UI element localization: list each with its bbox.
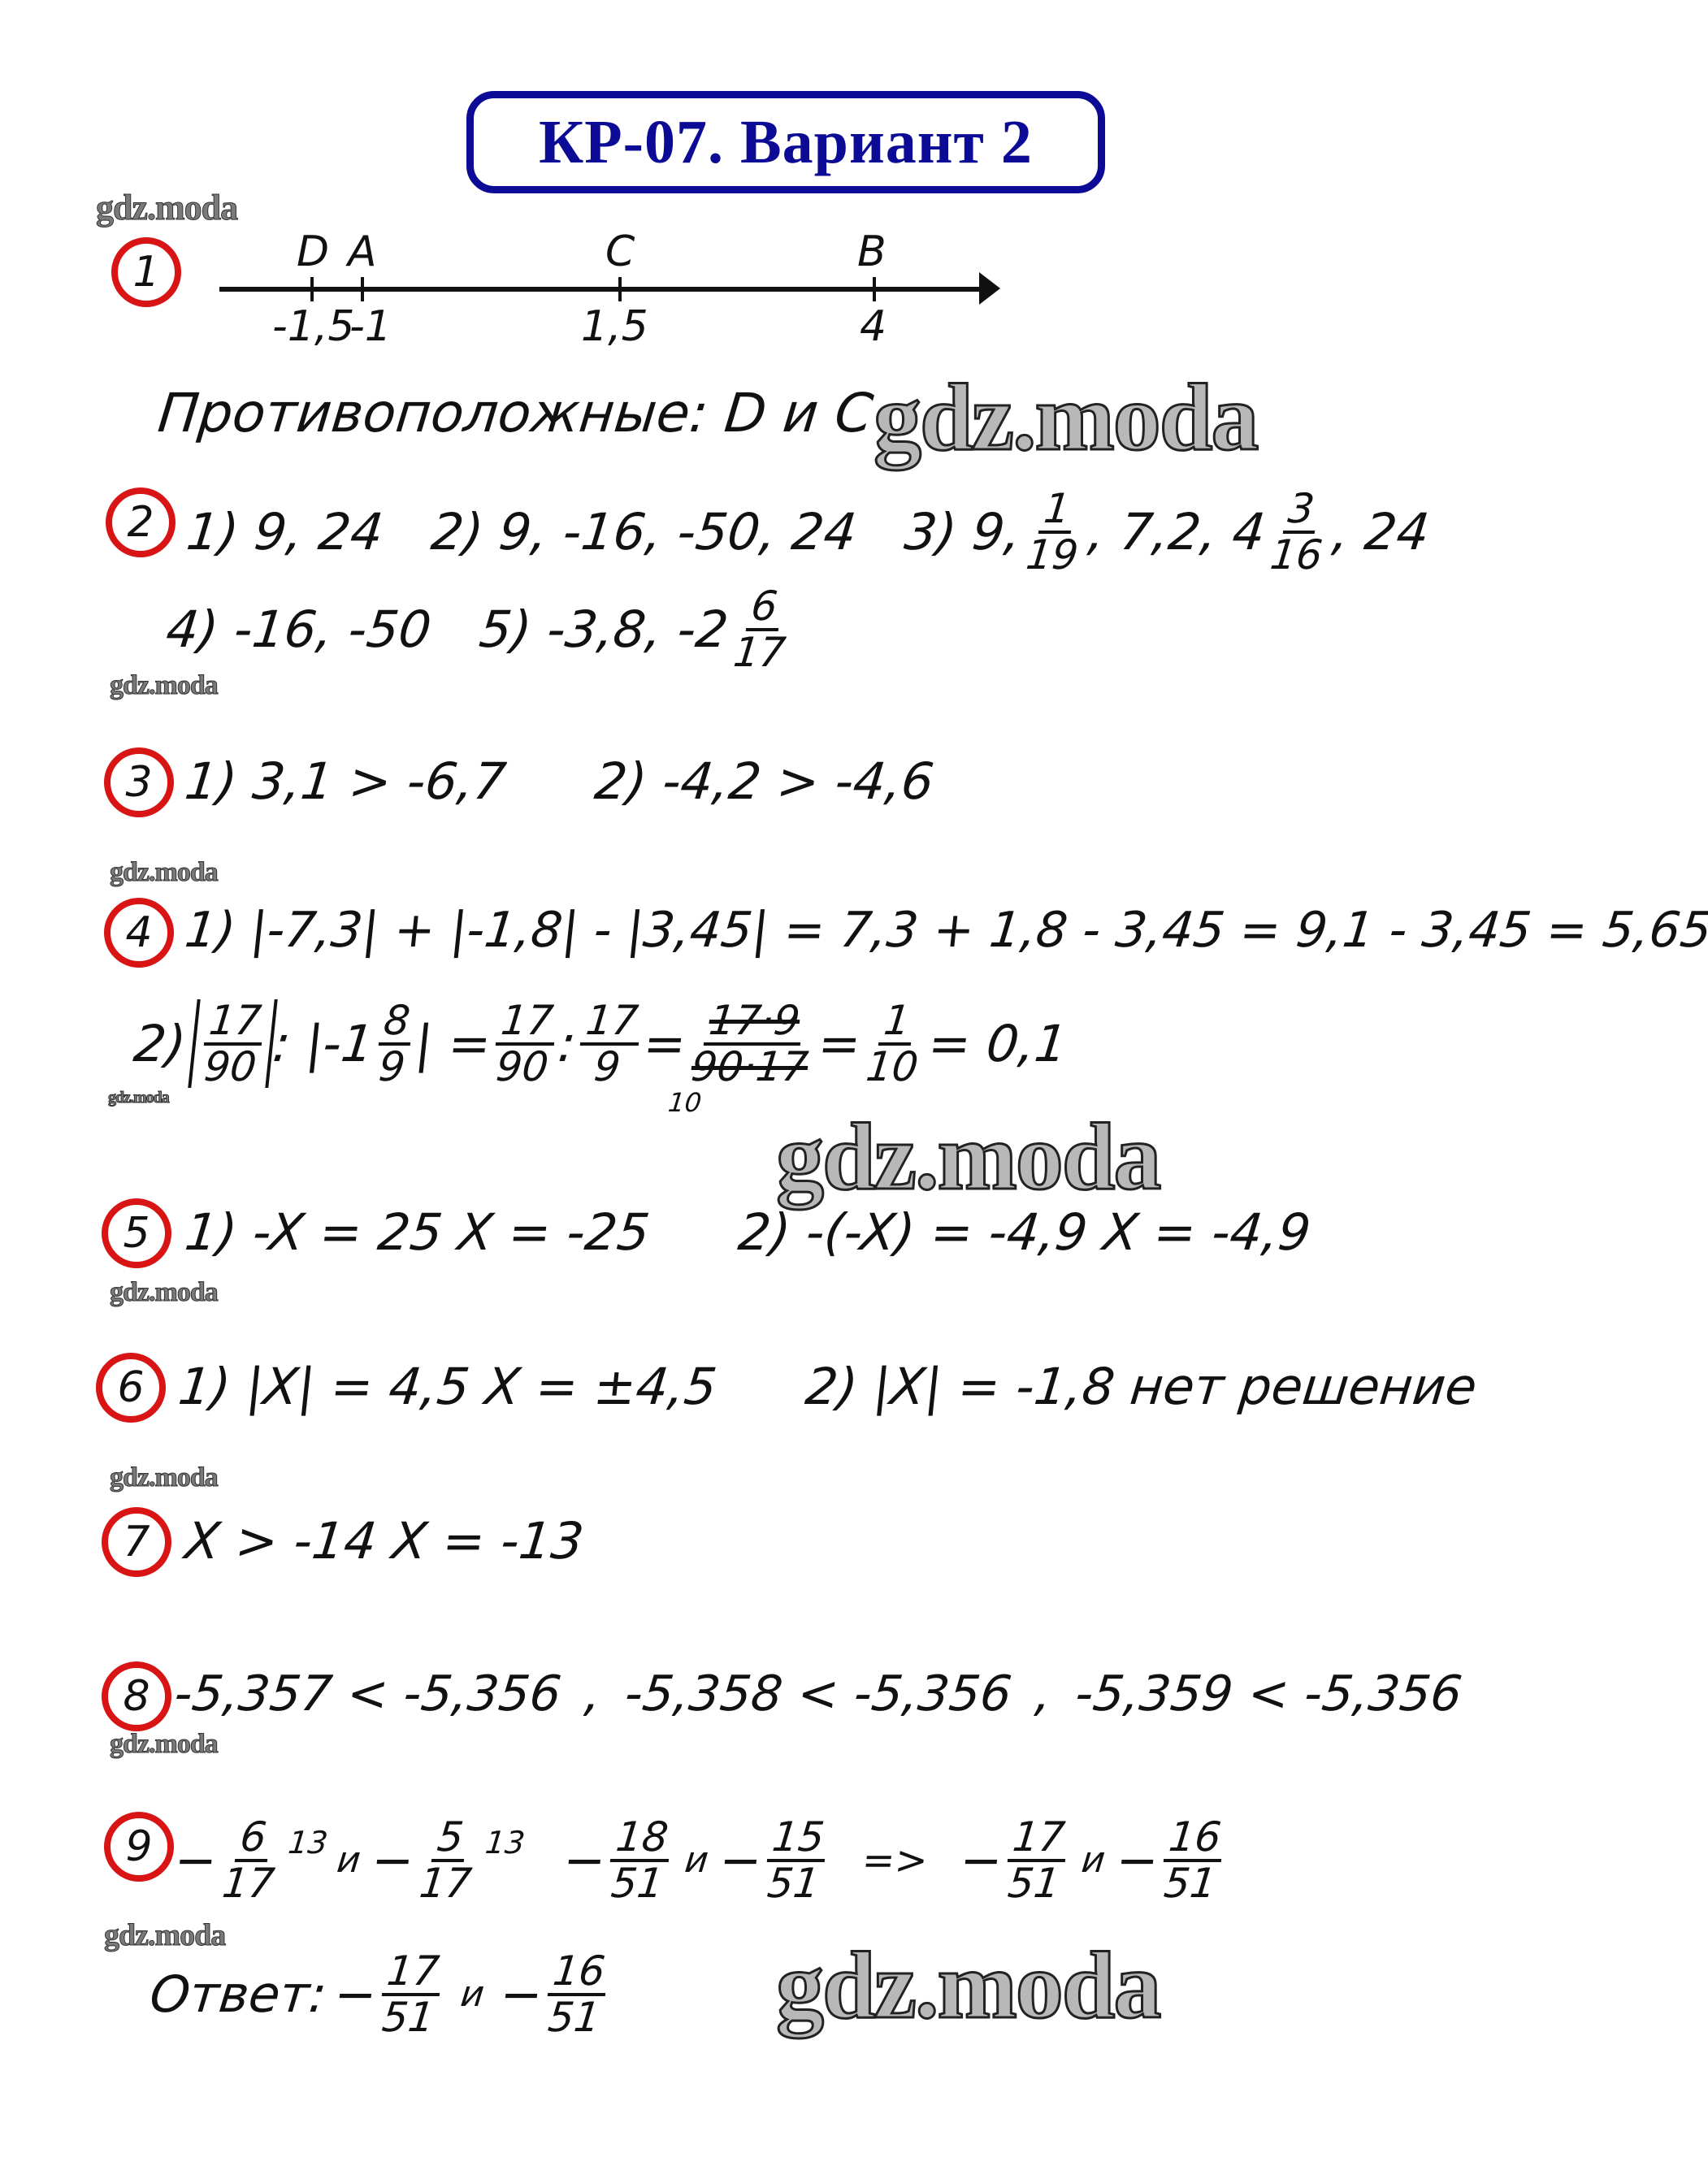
problem-number-label: 3 — [125, 758, 152, 807]
watermark-large: gdz.moda — [776, 1109, 1160, 1205]
watermark-large: gdz.moda — [776, 1938, 1160, 2034]
fraction-numerator: 6 — [235, 1816, 272, 1862]
answer-part: , 24 — [1329, 502, 1432, 561]
watermark: gdz.moda — [96, 187, 237, 228]
fraction: 617 — [217, 1816, 284, 1904]
number-line-arrow-icon — [979, 272, 1000, 305]
tick-a — [361, 277, 364, 301]
fraction: 1551 — [762, 1816, 830, 1904]
fraction-numerator: 16 — [548, 1950, 611, 1996]
point-value-c: 1,5 — [581, 302, 648, 351]
fraction: 179 — [576, 999, 644, 1088]
answer-part: 1) 3,1 > -6,7 — [182, 752, 509, 811]
problem-4-line-1: 1) |-7,3| + |-1,8| - |3,45| = 7,3 + 1,8 … — [182, 902, 1708, 959]
answer-part: 2) -4,2 > -4,6 — [592, 752, 936, 811]
problem-number-label: 8 — [123, 1672, 150, 1721]
answer-part: 2) -(-X) = -4,9 X = -4,9 — [735, 1202, 1313, 1262]
conjunction: и — [459, 1973, 487, 2015]
conjunction: и — [1080, 1839, 1108, 1881]
fraction-numerator: 17 — [1007, 1816, 1070, 1862]
conjunction: и — [335, 1839, 362, 1881]
fraction-numerator: 17 — [580, 999, 644, 1046]
comparison: -5,357 < -5,356 — [171, 1666, 564, 1722]
implies-symbol: => — [860, 1838, 930, 1883]
fraction: 316 — [1265, 487, 1333, 576]
fraction: 119 — [1021, 487, 1088, 576]
answer-part: 1) |X| = 4,5 X = ±4,5 — [176, 1357, 719, 1416]
problem-number-label: 2 — [127, 498, 154, 547]
fraction-denominator: 9 — [374, 1046, 410, 1089]
problem-number-label: 6 — [117, 1363, 144, 1412]
watermark: gdz.moda — [108, 1089, 169, 1107]
fraction-denominator: 10 — [861, 1046, 923, 1089]
answer-label: Ответ: — [147, 1965, 329, 2024]
fraction-numerator: 16 — [1164, 1816, 1227, 1862]
answer-part: 1) 9, 24 — [184, 502, 386, 561]
point-value-d: -1,5 — [272, 302, 354, 351]
answer-part: = 0,1 — [926, 1014, 1070, 1073]
fraction-denominator: 19 — [1021, 534, 1083, 577]
problem-7-line: X > -14 X = -13 — [182, 1511, 587, 1570]
fraction-denominator: 51 — [1003, 1862, 1065, 1905]
point-value-b: 4 — [860, 302, 887, 351]
fraction-denominator: 90 — [491, 1046, 553, 1089]
fraction-denominator: 51 — [377, 1996, 440, 2039]
answer-part: | = — [413, 1014, 494, 1073]
point-label-c: C — [605, 227, 635, 276]
answer-part: 2) |X| = -1,8 нет решение — [803, 1357, 1480, 1416]
multiplier: 13 — [483, 1825, 527, 1861]
tick-c — [618, 277, 622, 301]
answer-part: 5) -3,8, -2 — [476, 600, 730, 659]
fraction-numerator: 5 — [431, 1816, 469, 1862]
fraction-numerator: 18 — [610, 1816, 674, 1862]
fraction-numerator: 17 — [203, 999, 267, 1046]
problem-9-answer: Ответ: − 1751 и − 1651 — [145, 1950, 615, 2038]
fraction-denominator: 90·17 — [686, 1046, 813, 1089]
point-label-b: B — [857, 227, 887, 276]
watermark: gdz.moda — [110, 670, 218, 701]
point-label-d: D — [297, 227, 329, 276]
fraction-denominator: 17 — [217, 1862, 280, 1905]
problem-number-9: 9 — [104, 1812, 174, 1882]
fraction-denominator: 51 — [1159, 1862, 1221, 1905]
point-label-a: A — [348, 227, 377, 276]
problem-3-line: 1) 3,1 > -6,7 2) -4,2 > -4,6 — [182, 752, 937, 811]
problem-number-6: 6 — [96, 1353, 166, 1423]
fraction-denominator: 51 — [762, 1862, 825, 1905]
comparison: -5,358 < -5,356 — [622, 1666, 1015, 1722]
fraction: 1651 — [1159, 1816, 1226, 1904]
page-title: КР-07. Вариант 2 — [539, 107, 1033, 178]
problem-number-3: 3 — [104, 747, 174, 817]
fraction-denominator: 51 — [543, 1996, 605, 2039]
fraction: 1751 — [1003, 1816, 1070, 1904]
watermark: gdz.moda — [110, 1277, 218, 1308]
problem-number-2: 2 — [106, 487, 176, 557]
problem-number-1: 1 — [111, 237, 181, 307]
problem-number-label: 4 — [125, 908, 152, 957]
fraction-numerator: 1 — [1038, 487, 1076, 534]
problem-1-answer: Противоположные: D и C — [155, 382, 876, 444]
fraction-denominator: 17 — [728, 631, 791, 674]
problem-8-line: -5,357 < -5,356, -5,358 < -5,356, -5,359… — [171, 1666, 1464, 1722]
fraction: 1851 — [606, 1816, 674, 1904]
cancel-note: 10 — [667, 1089, 703, 1117]
fraction-numerator: 8 — [378, 999, 415, 1046]
problem-9-line: − 617 13 и − 517 13 − 1851 и − 1551 => −… — [170, 1816, 1231, 1904]
problem-number-5: 5 — [102, 1198, 171, 1268]
fraction: 1790 — [199, 999, 267, 1088]
fraction: 110 — [861, 999, 928, 1088]
problem-number-label: 7 — [123, 1518, 150, 1566]
answer-part: 2) — [131, 1014, 189, 1073]
fraction-denominator: 9 — [589, 1046, 626, 1089]
answer-part: 2) 9, -16, -50, 24 — [428, 502, 859, 561]
answer-part: 1) -X = 25 X = -25 — [182, 1202, 652, 1262]
tick-d — [310, 277, 314, 301]
fraction: 1751 — [377, 1950, 444, 2038]
answer-part: : |-1 — [270, 1014, 376, 1073]
fraction-numerator: 1 — [878, 999, 916, 1046]
title-box: КР-07. Вариант 2 — [466, 91, 1105, 193]
conjunction: и — [683, 1839, 710, 1881]
problem-number-label: 1 — [132, 248, 159, 297]
answer-part: 3) 9, — [902, 502, 1024, 561]
fraction-numerator: 3 — [1282, 487, 1320, 534]
fraction-denominator: 16 — [1265, 534, 1328, 577]
comparison: -5,359 < -5,356 — [1073, 1666, 1465, 1722]
watermark: gdz.moda — [104, 1917, 225, 1953]
fraction-numerator: 15 — [766, 1816, 830, 1862]
absolute-value: 1790 — [188, 999, 278, 1088]
fraction-numerator: 17 — [496, 999, 559, 1046]
watermark: gdz.moda — [110, 857, 218, 888]
fraction: 1651 — [543, 1950, 610, 2038]
fraction-numerator: 6 — [746, 585, 783, 631]
fraction: 17·990·1710 — [686, 999, 818, 1088]
problem-6-line: 1) |X| = 4,5 X = ±4,5 2) |X| = -1,8 нет … — [176, 1357, 1480, 1416]
fraction: 517 — [414, 1816, 482, 1904]
problem-number-4: 4 — [104, 898, 174, 968]
watermark: gdz.moda — [110, 1729, 218, 1760]
fraction: 89 — [374, 999, 415, 1088]
watermark: gdz.moda — [110, 1462, 218, 1493]
fraction-denominator: 17 — [414, 1862, 477, 1905]
fraction-numerator: 17 — [381, 1950, 444, 1996]
tick-b — [873, 277, 876, 301]
point-value-a: -1 — [349, 302, 392, 351]
watermark-large: gdz.moda — [874, 370, 1257, 466]
fraction-denominator: 90 — [199, 1046, 262, 1089]
fraction-denominator: 51 — [606, 1862, 669, 1905]
problem-2-line-2: 4) -16, -50 5) -3,8, -2 617 — [162, 585, 800, 674]
fraction: 1790 — [491, 999, 558, 1088]
multiplier: 13 — [287, 1825, 330, 1861]
problem-5-line: 1) -X = 25 X = -25 2) -(-X) = -4,9 X = -… — [182, 1202, 1313, 1262]
problem-2-line-1: 1) 9, 24 2) 9, -16, -50, 24 3) 9, 119 , … — [182, 487, 1433, 576]
problem-number-7: 7 — [102, 1507, 171, 1577]
answer-part: , 7,2, 4 — [1086, 502, 1268, 561]
fraction: 617 — [728, 585, 795, 674]
answer-part: 4) -16, -50 — [163, 600, 434, 659]
problem-number-label: 5 — [123, 1209, 150, 1258]
problem-number-8: 8 — [102, 1661, 171, 1731]
problem-4-line-2: 2) 1790 : |-1 89 | = 1790 : 179 = 17·990… — [129, 999, 1071, 1088]
problem-number-label: 9 — [125, 1822, 152, 1871]
fraction-numerator: 17·9 — [704, 999, 805, 1046]
